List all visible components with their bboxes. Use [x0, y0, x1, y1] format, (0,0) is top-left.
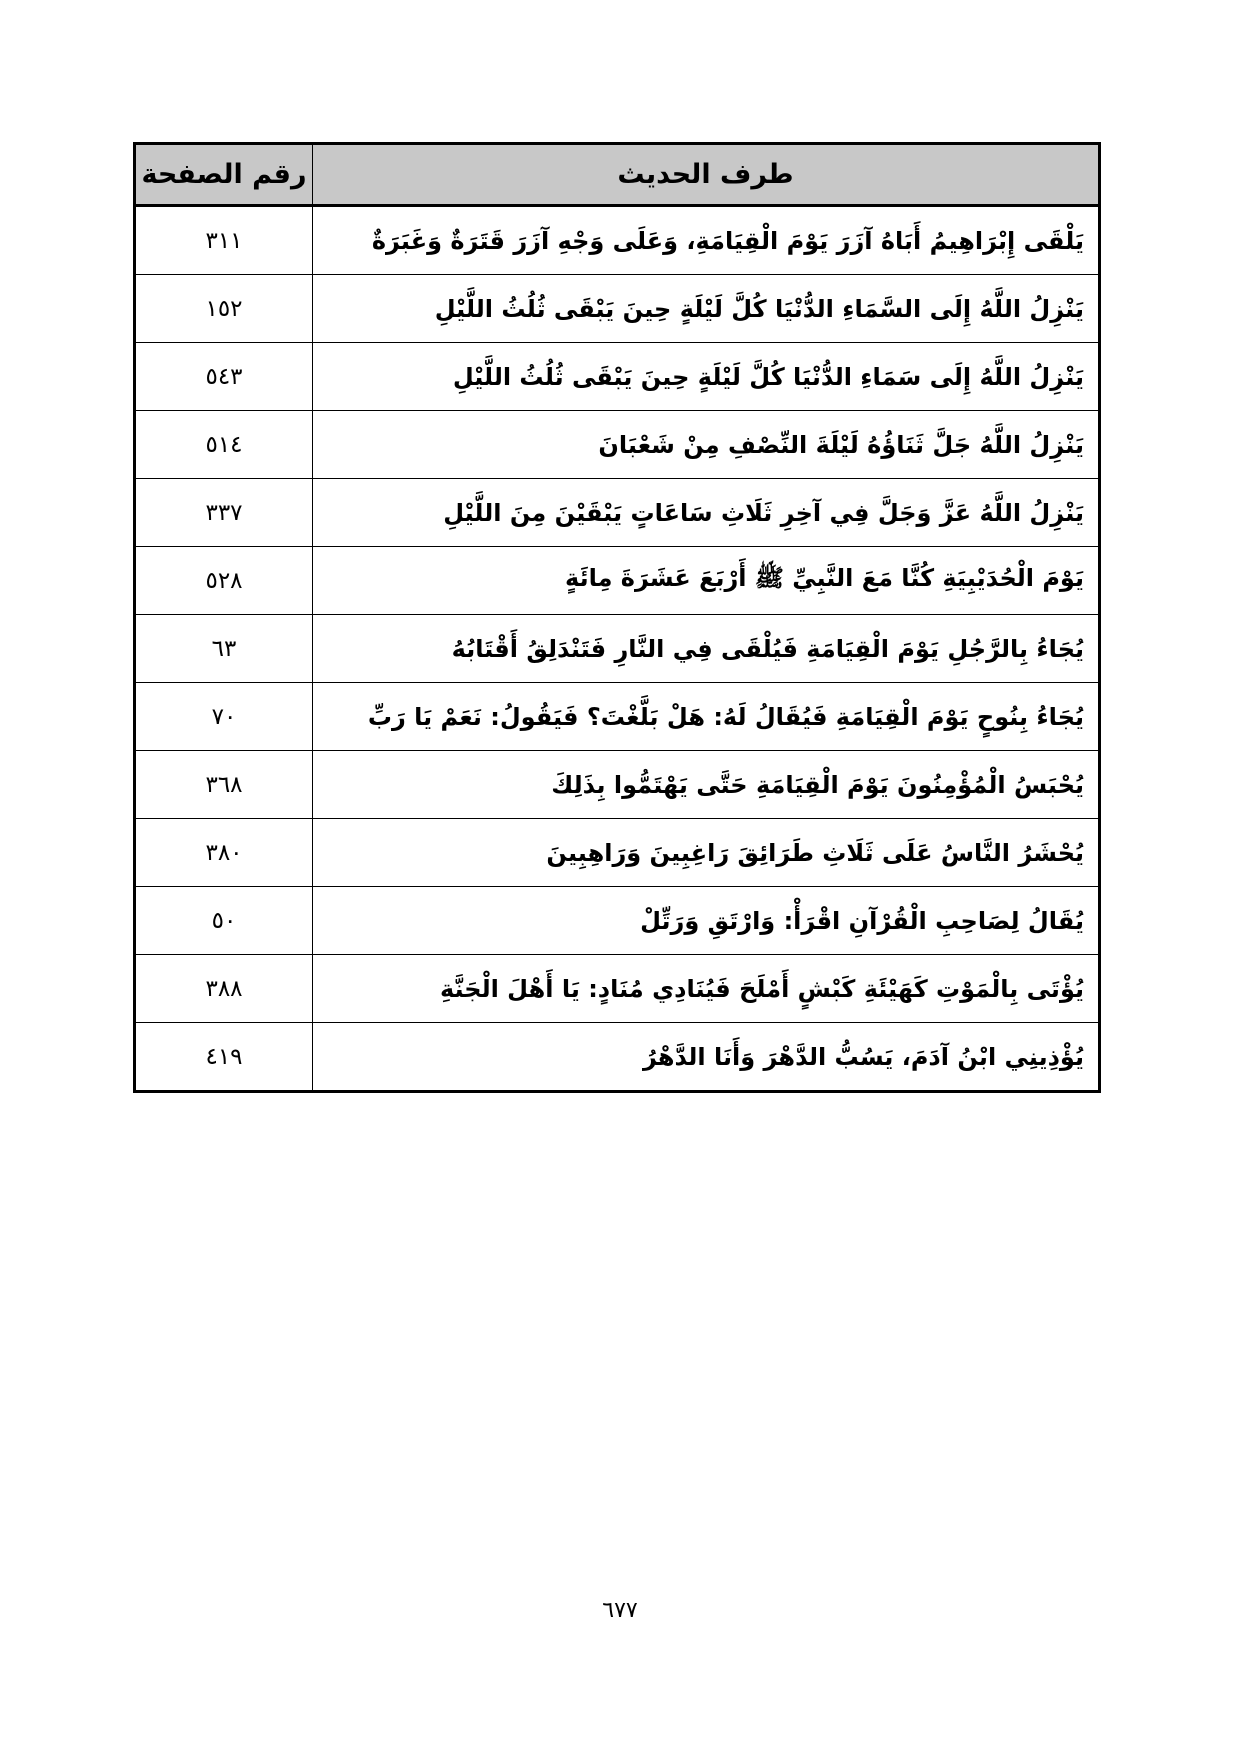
page-number-cell: ٣٣٧: [135, 479, 313, 547]
table-row: يُؤْذِينِي ابْنُ آدَمَ، يَسُبُّ الدَّهْر…: [135, 1023, 1100, 1092]
table-row: يُحْبَسُ الْمُؤْمِنُونَ يَوْمَ الْقِيَام…: [135, 751, 1100, 819]
footer-page-number: ٦٧٧: [0, 1598, 1240, 1623]
page-number-cell: ٥٠: [135, 887, 313, 955]
table-row: يُجَاءُ بِنُوحٍ يَوْمَ الْقِيَامَةِ فَيُ…: [135, 683, 1100, 751]
page-number-cell: ٥٤٣: [135, 343, 313, 411]
table-row: يُؤْتَى بِالْمَوْتِ كَهَيْئَةِ كَبْشٍ أَ…: [135, 955, 1100, 1023]
hadith-text-cell: يَنْزِلُ اللَّهُ جَلَّ ثَنَاؤُهُ لَيْلَة…: [313, 411, 1100, 479]
table-row: يَوْمَ الْحُدَيْبِيَةِ كُنَّا مَعَ النَّ…: [135, 547, 1100, 615]
table-row: يَنْزِلُ اللَّهُ إِلَى سَمَاءِ الدُّنْيَ…: [135, 343, 1100, 411]
hadith-text-cell: يَنْزِلُ اللَّهُ إِلَى سَمَاءِ الدُّنْيَ…: [313, 343, 1100, 411]
hadith-text-cell: يَلْقَى إِبْرَاهِيمُ أَبَاهُ آزَرَ يَوْم…: [313, 206, 1100, 275]
page-number-cell: ٥١٤: [135, 411, 313, 479]
page-number-cell: ٦٣: [135, 615, 313, 683]
hadith-index-table: طرف الحديث رقم الصفحة يَلْقَى إِبْرَاهِي…: [133, 142, 1101, 1093]
page-number-cell: ٣١١: [135, 206, 313, 275]
hadith-text-cell: يُجَاءُ بِالرَّجُلِ يَوْمَ الْقِيَامَةِ …: [313, 615, 1100, 683]
page-number-cell: ٣٨٨: [135, 955, 313, 1023]
hadith-text-cell: يُجَاءُ بِنُوحٍ يَوْمَ الْقِيَامَةِ فَيُ…: [313, 683, 1100, 751]
table-row: يُحْشَرُ النَّاسُ عَلَى ثَلَاثِ طَرَائِق…: [135, 819, 1100, 887]
page-number-cell: ٣٦٨: [135, 751, 313, 819]
hadith-text-cell: يَنْزِلُ اللَّهُ إِلَى السَّمَاءِ الدُّن…: [313, 275, 1100, 343]
hadith-text-cell: يُحْبَسُ الْمُؤْمِنُونَ يَوْمَ الْقِيَام…: [313, 751, 1100, 819]
page-number-cell: ٤١٩: [135, 1023, 313, 1092]
table-header-row: طرف الحديث رقم الصفحة: [135, 144, 1100, 206]
document-page: طرف الحديث رقم الصفحة يَلْقَى إِبْرَاهِي…: [0, 0, 1240, 1754]
page-column-header: رقم الصفحة: [135, 144, 313, 206]
table-row: يَلْقَى إِبْرَاهِيمُ أَبَاهُ آزَرَ يَوْم…: [135, 206, 1100, 275]
page-number-cell: ٥٢٨: [135, 547, 313, 615]
hadith-column-header: طرف الحديث: [313, 144, 1100, 206]
page-number-cell: ٣٨٠: [135, 819, 313, 887]
hadith-text-cell: يَنْزِلُ اللَّهُ عَزَّ وَجَلَّ فِي آخِرِ…: [313, 479, 1100, 547]
table-row: يُقَالُ لِصَاحِبِ الْقُرْآنِ اقْرَأْ: وَ…: [135, 887, 1100, 955]
table-row: يُجَاءُ بِالرَّجُلِ يَوْمَ الْقِيَامَةِ …: [135, 615, 1100, 683]
hadith-text-cell: يَوْمَ الْحُدَيْبِيَةِ كُنَّا مَعَ النَّ…: [313, 547, 1100, 615]
page-number-cell: ١٥٢: [135, 275, 313, 343]
table-row: يَنْزِلُ اللَّهُ عَزَّ وَجَلَّ فِي آخِرِ…: [135, 479, 1100, 547]
hadith-text-cell: يُحْشَرُ النَّاسُ عَلَى ثَلَاثِ طَرَائِق…: [313, 819, 1100, 887]
hadith-text-cell: يُقَالُ لِصَاحِبِ الْقُرْآنِ اقْرَأْ: وَ…: [313, 887, 1100, 955]
hadith-text-cell: يُؤْذِينِي ابْنُ آدَمَ، يَسُبُّ الدَّهْر…: [313, 1023, 1100, 1092]
page-number-cell: ٧٠: [135, 683, 313, 751]
hadith-text-cell: يُؤْتَى بِالْمَوْتِ كَهَيْئَةِ كَبْشٍ أَ…: [313, 955, 1100, 1023]
table-row: يَنْزِلُ اللَّهُ إِلَى السَّمَاءِ الدُّن…: [135, 275, 1100, 343]
table-row: يَنْزِلُ اللَّهُ جَلَّ ثَنَاؤُهُ لَيْلَة…: [135, 411, 1100, 479]
table-body: يَلْقَى إِبْرَاهِيمُ أَبَاهُ آزَرَ يَوْم…: [135, 206, 1100, 1092]
